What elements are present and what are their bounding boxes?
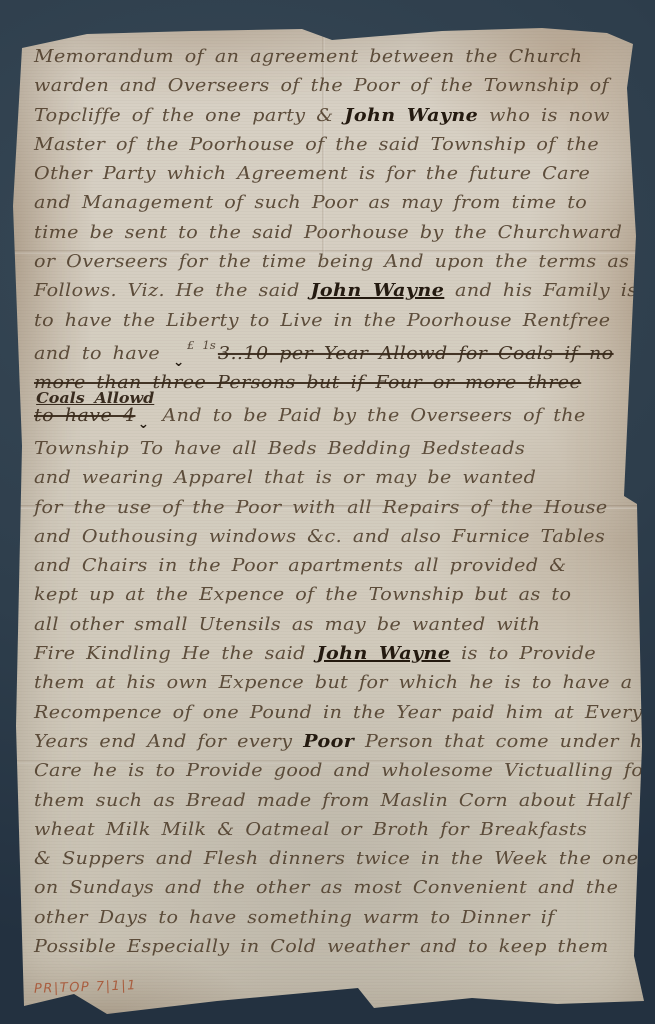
text-segment: Master of the Poorhouse of the said Town… bbox=[34, 134, 599, 155]
overwritten-name: Poor bbox=[303, 731, 354, 752]
manuscript-line: Recompence of one Pound in the Year paid… bbox=[34, 702, 655, 731]
manuscript-photo: Memorandum of an agreement between the C… bbox=[0, 0, 655, 1024]
text-segment: time be sent to the said Poorhouse by th… bbox=[34, 222, 622, 243]
manuscript-line: them such as Bread made from Maslin Corn… bbox=[34, 790, 655, 819]
manuscript-line: Coals Allowdto have 4⌄ And to be Paid by… bbox=[34, 405, 655, 438]
struck-through-text: 3..10 per Year Allowd for Coals if no bbox=[218, 343, 614, 364]
text-segment: or Overseers for the time being And upon… bbox=[34, 251, 629, 272]
manuscript-line: other Days to have something warm to Din… bbox=[34, 907, 655, 936]
manuscript-line: wheat Milk Milk & Oatmeal or Broth for B… bbox=[34, 819, 655, 848]
text-segment: and Management of such Poor as may from … bbox=[34, 192, 587, 213]
caret-mark: ⌄ bbox=[173, 355, 185, 370]
manuscript-line: Other Party which Agreement is for the f… bbox=[34, 163, 655, 192]
manuscript-line: Possible Especially in Cold weather and … bbox=[34, 936, 655, 965]
text-segment: Care he is to Provide good and wholesome… bbox=[34, 760, 653, 781]
text-segment: is to Provide bbox=[450, 643, 596, 664]
text-segment: and Chairs in the Poor apartments all pr… bbox=[34, 555, 567, 576]
text-segment: And to be Paid by the Overseers of the bbox=[152, 405, 586, 426]
manuscript-line: and Outhousing windows &c. and also Furn… bbox=[34, 526, 655, 555]
manuscript-line: Memorandum of an agreement between the C… bbox=[34, 46, 655, 75]
text-segment: them such as Bread made from Maslin Corn… bbox=[34, 790, 630, 811]
manuscript-line: and Management of such Poor as may from … bbox=[34, 192, 655, 221]
manuscript-line: all other small Utensils as may be wante… bbox=[34, 614, 655, 643]
text-segment: Fire Kindling He the said bbox=[34, 643, 317, 664]
superscript-note: £ 1s bbox=[187, 339, 216, 352]
manuscript-line: to have the Liberty to Live in the Poorh… bbox=[34, 310, 655, 339]
manuscript-line: Master of the Poorhouse of the said Town… bbox=[34, 134, 655, 163]
manuscript-line: and Chairs in the Poor apartments all pr… bbox=[34, 555, 655, 584]
text-segment: warden and Overseers of the Poor of the … bbox=[34, 75, 609, 96]
manuscript-line: or Overseers for the time being And upon… bbox=[34, 251, 655, 280]
interlined-insertion: Coals Allowd bbox=[36, 389, 154, 407]
overwritten-name: John Wayne bbox=[344, 105, 478, 126]
text-segment: who is now bbox=[478, 105, 610, 126]
archival-reference-label: PR|TOP 7|1|1 bbox=[34, 978, 137, 997]
overwritten-name: John Wayne bbox=[310, 280, 444, 301]
manuscript-line: them at his own Expence but for which he… bbox=[34, 672, 655, 701]
manuscript-line: Topcliffe of the one party & John Wayne … bbox=[34, 105, 655, 134]
manuscript-line: on Sundays and the other as most Conveni… bbox=[34, 877, 655, 906]
manuscript-line: Follows. Viz. He the said John Wayne and… bbox=[34, 280, 655, 309]
text-segment: and to have bbox=[34, 343, 171, 364]
text-segment: Follows. Viz. He the said bbox=[34, 280, 310, 301]
text-segment: to have the Liberty to Live in the Poorh… bbox=[34, 310, 611, 331]
overwritten-name: John Wayne bbox=[317, 643, 451, 664]
text-segment: and Outhousing windows &c. and also Furn… bbox=[34, 526, 605, 547]
manuscript-text: Memorandum of an agreement between the C… bbox=[34, 46, 634, 965]
manuscript-line: Care he is to Provide good and wholesome… bbox=[34, 760, 655, 789]
manuscript-line: and to have ⌄£ 1s3..10 per Year Allowd f… bbox=[34, 339, 655, 372]
manuscript-page: Memorandum of an agreement between the C… bbox=[12, 26, 644, 1016]
text-segment: Topcliffe of the one party & bbox=[34, 105, 344, 126]
manuscript-line: Years end And for every Poor Person that… bbox=[34, 731, 655, 760]
manuscript-line: kept up at the Expence of the Township b… bbox=[34, 584, 655, 613]
text-segment: wheat Milk Milk & Oatmeal or Broth for B… bbox=[34, 819, 587, 840]
text-segment: Person that come under his bbox=[354, 731, 655, 752]
manuscript-line: Township To have all Beds Bedding Bedste… bbox=[34, 438, 655, 467]
text-segment: Years end And for every bbox=[34, 731, 303, 752]
text-segment: and his Family is bbox=[444, 280, 637, 301]
text-segment: Memorandum of an agreement between the C… bbox=[34, 46, 582, 67]
text-segment: Possible Especially in Cold weather and … bbox=[34, 936, 609, 957]
text-segment: them at his own Expence but for which he… bbox=[34, 672, 633, 693]
text-segment: Township To have all Beds Bedding Bedste… bbox=[34, 438, 525, 459]
text-segment: Other Party which Agreement is for the f… bbox=[34, 163, 590, 184]
text-segment: for the use of the Poor with all Repairs… bbox=[34, 497, 608, 518]
text-segment: and wearing Apparel that is or may be wa… bbox=[34, 467, 536, 488]
manuscript-line: for the use of the Poor with all Repairs… bbox=[34, 497, 655, 526]
struck-through-text: to have 4 bbox=[34, 405, 135, 426]
manuscript-line: time be sent to the said Poorhouse by th… bbox=[34, 222, 655, 251]
text-segment: other Days to have something warm to Din… bbox=[34, 907, 555, 928]
caret-mark: ⌄ bbox=[138, 417, 150, 432]
text-segment: all other small Utensils as may be wante… bbox=[34, 614, 540, 635]
text-segment: Recompence of one Pound in the Year paid… bbox=[34, 702, 643, 723]
text-segment: kept up at the Expence of the Township b… bbox=[34, 584, 571, 605]
manuscript-line: warden and Overseers of the Poor of the … bbox=[34, 75, 655, 104]
manuscript-line: Fire Kindling He the said John Wayne is … bbox=[34, 643, 655, 672]
text-segment: on Sundays and the other as most Conveni… bbox=[34, 877, 618, 898]
manuscript-line: and wearing Apparel that is or may be wa… bbox=[34, 467, 655, 496]
manuscript-line: & Suppers and Flesh dinners twice in the… bbox=[34, 848, 655, 877]
text-segment: & Suppers and Flesh dinners twice in the… bbox=[34, 848, 638, 869]
